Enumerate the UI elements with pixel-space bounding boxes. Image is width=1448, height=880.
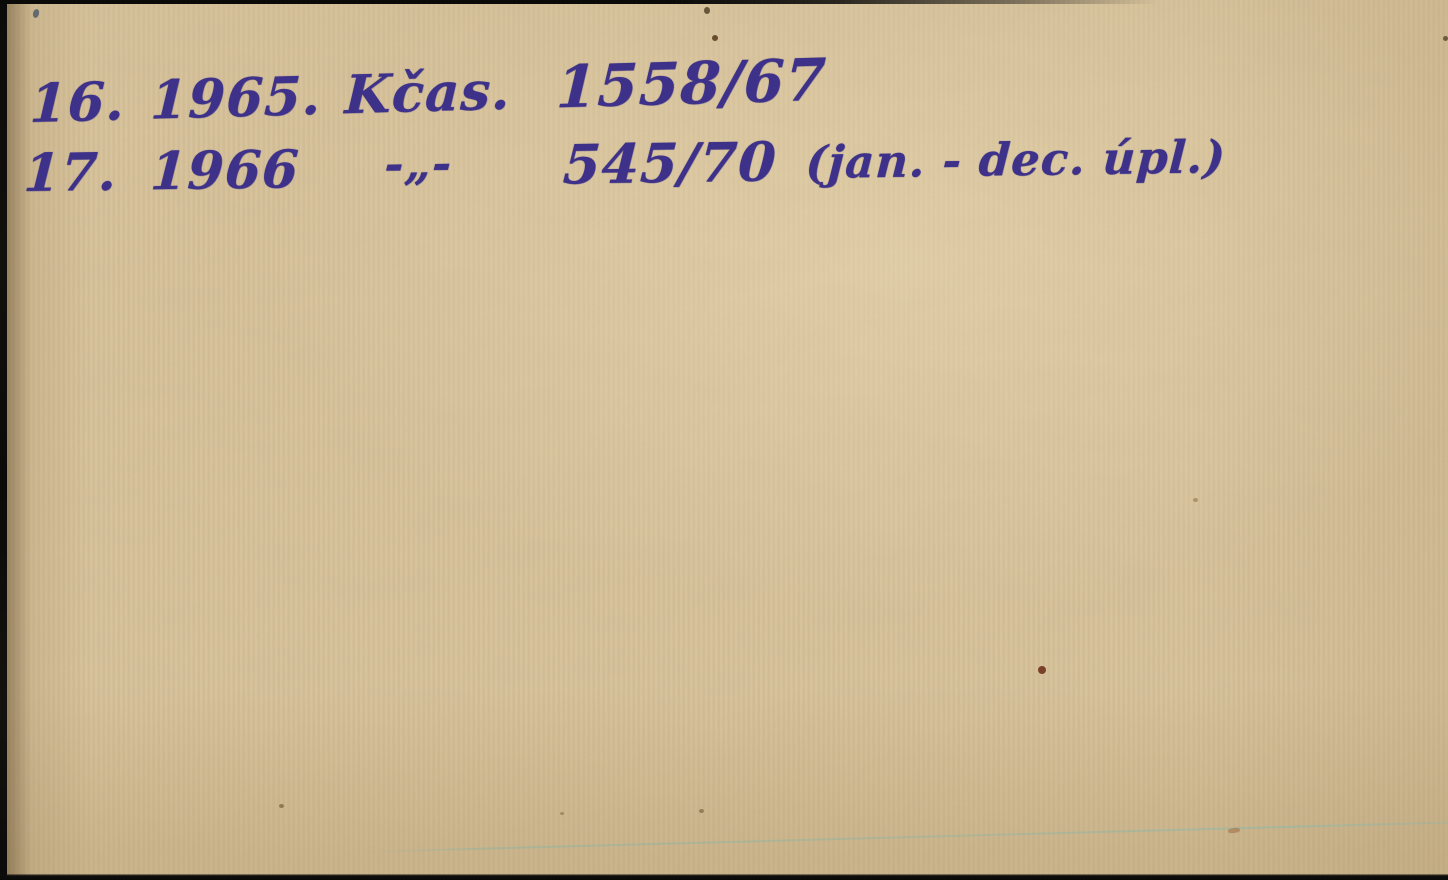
entry-year: 1965. [149,65,323,132]
paper-speck [712,35,718,41]
scan-edge-bottom [0,874,1448,880]
entry-number: 17. [22,142,119,204]
paper-speck [1443,36,1448,41]
entry-number: 16. [29,70,127,135]
paper-speck [279,804,284,808]
scan-edge-left [0,0,7,880]
index-card-scan: 16. 1965. Kčas. 1558/67 17. 1966 -„- 545… [0,0,1448,880]
scan-edge-top [0,0,1448,4]
title-abbrev: Kčas. [344,60,513,127]
reference-number: 1558/67 [555,46,828,122]
reference-number: 545/70 [561,129,778,196]
card-edge-shadow [6,0,32,880]
date-range-note: (jan. - dec. úpl.) [804,130,1227,189]
entry-year: 1966 [149,139,301,202]
paper-speck [704,7,710,14]
paper-speck [560,812,564,815]
paper-speck [1193,498,1198,502]
paper-speck [1038,666,1046,674]
paper-speck [699,809,704,813]
ditto-mark: -„- [383,136,454,191]
